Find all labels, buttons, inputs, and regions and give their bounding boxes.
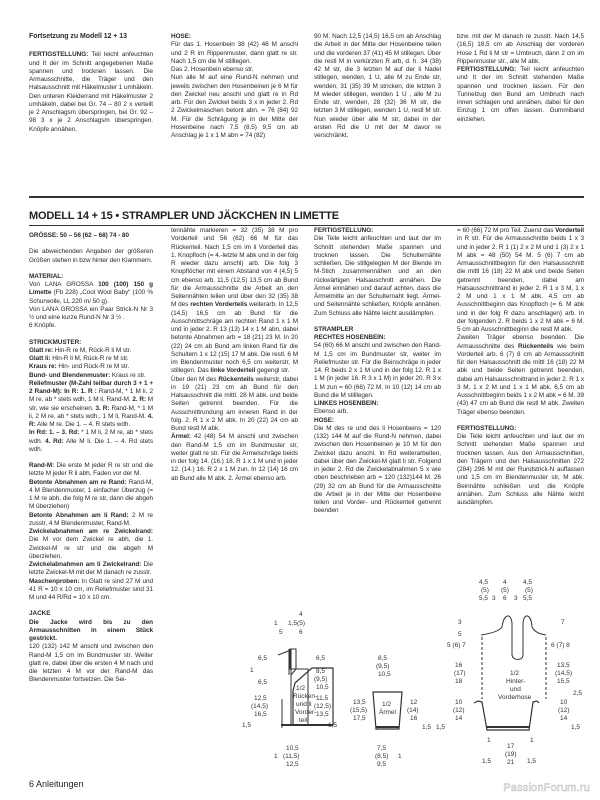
romper-label: und bbox=[510, 686, 521, 694]
jacket-dim-left: 1 bbox=[250, 667, 254, 675]
stitch-glatt-re: Glatt re: Hin-R re M, Rück-R li M str. bbox=[29, 347, 153, 355]
romper-dim-top: 6 bbox=[503, 595, 507, 603]
jacket-dim-left: 6,5 bbox=[258, 655, 267, 663]
continuation-column-1: Fortsetzung zu Modell 12 + 13 FERTIGSTEL… bbox=[29, 33, 153, 134]
romper-label: 1/2 bbox=[510, 670, 519, 678]
sleeve-dim-bottom: 7,5 bbox=[377, 745, 386, 753]
romper-dim-left: 5 bbox=[458, 631, 462, 639]
romper-dim-left: 3 bbox=[458, 619, 462, 627]
sleeve-dim-left: 13,5 bbox=[353, 699, 366, 707]
pants-text: Die M des re und des li Hosenbeins = 120… bbox=[314, 425, 441, 516]
pattern-column-4: = 60 (66) 72 M pro Teil. Zuerst das Vord… bbox=[457, 227, 584, 507]
hose-text-2: Das 2. Hosenbein ebenso str. bbox=[171, 66, 298, 74]
stitch-patterns-heading: STRICKMUSTER: bbox=[29, 339, 153, 347]
jacket-dim-top: 6 bbox=[299, 629, 303, 637]
sleeve-dim-bottom: 9,5 bbox=[377, 761, 386, 769]
size-heading: GRÖSSE: 50 – 56 (62 – 68) 74 - 80 bbox=[29, 232, 153, 240]
sleeve-dim-bottom: (8,5) bbox=[375, 753, 388, 761]
jacket-dim-right: 13,5 bbox=[316, 711, 329, 719]
sleeve-dim-right: 16 bbox=[410, 715, 417, 723]
text: wie beim Vorderteil arb. 6 (7) 8 cm ab A… bbox=[457, 343, 584, 416]
emphasis: rechten Vorderteils bbox=[190, 301, 247, 308]
label: Zwickelabnahmen am li Zwickelrand: bbox=[29, 561, 141, 568]
gusset-decrease-left: Zwickelabnahmen am li Zwickelrand: Die l… bbox=[29, 561, 153, 578]
gauge: Maschenproben: In Glatt re sind 27 M und… bbox=[29, 578, 153, 603]
romper-label: Vorderhose bbox=[498, 694, 531, 702]
romper-dim-top: (5) bbox=[501, 587, 509, 595]
romper-dim-right: 13,5 bbox=[557, 662, 570, 670]
sleeve-dim-left: 17,5 bbox=[353, 715, 366, 723]
sleeve-label: 1/2 bbox=[382, 701, 391, 709]
text: Hin- und Rück-R re M str. bbox=[57, 363, 130, 370]
pattern-column-3: FERTIGSTELLUNG: Die Teile leicht anfeuch… bbox=[314, 227, 441, 516]
jacket-dim-right: 11,5 bbox=[316, 695, 328, 703]
jacket-dim-bottom: 1 bbox=[274, 753, 278, 761]
romper-dim-bottom: 1 bbox=[530, 737, 534, 745]
label: 2. R: bbox=[132, 396, 146, 403]
continuation-column-3: 90 M. Nach 12,5 (14,5) 16,5 cm ab Anschl… bbox=[314, 33, 441, 140]
jacket-dim-left: 1,5 bbox=[242, 722, 251, 730]
jacket-intro: Die Jacke wird bis zu den Armausschnitte… bbox=[29, 619, 153, 644]
label: Zwickelabnahmen am re Zwickelrand: bbox=[29, 528, 153, 535]
romper-dim-top: 4,5 bbox=[523, 579, 532, 587]
romper-dim-left: 16 bbox=[455, 662, 462, 670]
romper-dim-right: (14,5) bbox=[555, 670, 572, 678]
label: 4. Rd: bbox=[45, 438, 64, 445]
sleeve-dim-right: 1,5 bbox=[422, 724, 431, 732]
romper-dim-top: 4 bbox=[503, 579, 507, 587]
jacket-dim-top: 1 bbox=[274, 620, 278, 628]
romper-dim-left: 10 bbox=[455, 699, 462, 707]
sleeve-label: Ärmel bbox=[379, 709, 396, 717]
hose-heading: HOSE: bbox=[171, 33, 298, 41]
back-romper-text: Zweiten Träger ebenso beenden. Die Armau… bbox=[457, 334, 584, 417]
hose-continued-text: 90 M. Nach 12,5 (14,5) 16,5 cm ab Anschl… bbox=[314, 33, 441, 140]
decrease-left: Betonte Abnahmen am li Rand: 2 M re zuss… bbox=[29, 512, 153, 529]
footer-section: Anleitungen bbox=[36, 779, 84, 789]
text: 42 (48) 54 M anschl und zwischen den Ran… bbox=[171, 433, 298, 481]
romper-dim-left: 18 bbox=[455, 678, 462, 686]
continuation-column-4: bzw. mit der M danach re zusstr. Nach 14… bbox=[457, 33, 584, 124]
emphasis: Vorderteil bbox=[555, 227, 584, 234]
left-leg-text: Ebenso arb. bbox=[314, 408, 441, 416]
label: 3. R: bbox=[95, 405, 109, 412]
jacket-dim-right: 1,5 bbox=[328, 722, 337, 730]
jacket-finishing-text: Die Teile leicht anfeuchten und laut der… bbox=[314, 235, 441, 318]
romper-finishing-heading: FERTIGSTELLUNG: bbox=[457, 425, 584, 433]
jacket-dim-bottom: 10,5 bbox=[286, 745, 299, 753]
decrease-right: Betonte Abnahmen am re Rand: Rand-M, 4 M… bbox=[29, 479, 153, 512]
sleeve-dim-left: (15,5) bbox=[350, 707, 367, 715]
romper-dim-right: 1,5 bbox=[571, 724, 580, 732]
jacket-text: 120 (132) 142 M anschl und zwischen den … bbox=[29, 643, 153, 684]
label: Maschenproben: bbox=[29, 578, 79, 585]
text: = 60 (66) 72 M pro Teil. Zuerst das bbox=[457, 227, 555, 234]
sleeve-dim-top: 10,5 bbox=[378, 671, 391, 679]
romper-dim-bottom: (19) bbox=[505, 751, 517, 759]
jacket-dim-right: (9,5) bbox=[314, 676, 327, 684]
back-text: Über den M des Rückenteils weiterstr, da… bbox=[171, 376, 298, 434]
text: tennähte markieren = 32 (35) 38 M pro Vo… bbox=[171, 227, 298, 308]
romper-dim-top: 5,5 bbox=[479, 595, 488, 603]
stitch-in-rounds: In Rd: 1. – 3. Rd: * 1 M li, 2 M re, ab … bbox=[29, 429, 153, 454]
schematic-diagrams: 4 1 1,5(5) 5 6 6,5 1 6,5 12,5 (14,5) 16,… bbox=[236, 575, 600, 775]
text: Kraus re str. bbox=[110, 372, 146, 379]
romper-dim-bottom: 21 bbox=[507, 759, 514, 767]
romper-dim-bottom: 1,5 bbox=[482, 758, 491, 766]
jacket-dim-top: 5 bbox=[279, 629, 283, 637]
right-leg-text: 54 (60) 66 M anschl und zwischen den Ran… bbox=[314, 342, 441, 400]
jacket-heading: JACKE bbox=[29, 610, 153, 618]
romper-label: Hinter- bbox=[506, 678, 526, 686]
jacket-dim-top: 1,5(5) bbox=[288, 620, 305, 628]
romper-dim-right: 15,5 bbox=[557, 678, 570, 686]
right-leg-heading: RECHTES HOSENBEIN: bbox=[314, 334, 441, 342]
jacket-finishing-heading: FERTIGSTELLUNG: bbox=[314, 227, 441, 235]
jacket-dim-right: 8,5 bbox=[316, 668, 325, 676]
label: Glatt li: bbox=[29, 355, 51, 362]
romper-dim-bottom: 1 bbox=[487, 737, 491, 745]
label: Rand-M: bbox=[29, 462, 54, 469]
label: Bund- und Blendenmuster: bbox=[29, 372, 110, 379]
romper-dim-right: 6 (7) 8 bbox=[551, 642, 570, 650]
text: Alle M re. Die 1. – 4. R stets wdh. bbox=[36, 421, 130, 428]
label: Glatt re: bbox=[29, 347, 53, 354]
label: Betonte Abnahmen am li Rand: bbox=[29, 512, 129, 519]
sleeve-dim-top: 8,5 bbox=[378, 655, 387, 663]
romper-dim-top: (5) bbox=[525, 587, 533, 595]
romper-dim-top: 3 bbox=[492, 595, 496, 603]
romper-heading: STRAMPLER bbox=[314, 326, 441, 334]
text: Hin-R li M, Rück-R re M str. bbox=[51, 355, 129, 362]
size-intro: Die abweichenden Angaben der größeren Gr… bbox=[29, 248, 153, 265]
finishing-label-2: FERTIGSTELLUNG: bbox=[457, 66, 516, 73]
text: Hin-R re M, Rück-R li M str. bbox=[53, 347, 131, 354]
hose-text-1: Für das 1. Hosenbein 38 (42) 46 M anschl… bbox=[171, 41, 298, 66]
finishing-label: FERTIGSTELLUNG: bbox=[29, 51, 88, 58]
watermark: PassionForum.ru bbox=[503, 782, 590, 794]
jacket-dim-right: (12,5) bbox=[314, 703, 331, 711]
jacket-body-text: tennähte markieren = 32 (35) 38 M pro Vo… bbox=[171, 227, 298, 376]
romper-dim-right: (12) bbox=[558, 707, 570, 715]
edge-stitch: Rand-M: Die erste M jeder R re str und d… bbox=[29, 462, 153, 479]
stitch-relief: Reliefmuster (M-Zahl teilbar durch 3 + 1… bbox=[29, 380, 153, 430]
romper-dim-right: 10 bbox=[560, 699, 567, 707]
jacket-dim-right: 6,5 bbox=[316, 655, 325, 663]
jacket-label: Vorder- bbox=[295, 709, 316, 717]
material-heading: MATERIAL: bbox=[29, 273, 153, 281]
jacket-label: teil bbox=[299, 717, 307, 725]
romper-dim-bottom: 17 bbox=[507, 743, 514, 751]
hose-text-3: Nun alle M auf eine Rund-N nehmen und je… bbox=[171, 74, 298, 140]
text: Die M vor dem Zwickel re abh, die 1. Zwi… bbox=[29, 536, 153, 560]
romper-dim-top: (5) bbox=[481, 587, 489, 595]
text: in R str. Für die Armausschnitte beids 1… bbox=[457, 235, 584, 333]
romper-dim-top: 4,5 bbox=[479, 579, 488, 587]
sleeve-dim-bottom: 1 bbox=[398, 753, 402, 761]
pattern-column-1: GRÖSSE: 50 – 56 (62 – 68) 74 - 80 Die ab… bbox=[29, 232, 153, 685]
continuation-column-2: HOSE: Für das 1. Hosenbein 38 (42) 46 M … bbox=[171, 33, 298, 140]
buttons-text: 6 Knöpfe. bbox=[29, 322, 153, 330]
page-footer: 6 Anleitungen bbox=[29, 779, 84, 789]
pattern-column-2: tennähte markieren = 32 (35) 38 M pro Vo… bbox=[171, 227, 298, 483]
stitch-bund: Bund- und Blendenmuster: Kraus re str. bbox=[29, 372, 153, 380]
finishing-text-2: Teil leicht anfeuchten und lt der im Sch… bbox=[457, 66, 584, 123]
text: Über den M des bbox=[171, 376, 218, 383]
emphasis: Rückenteils bbox=[218, 376, 253, 383]
text: weiterstr, dabei in 19 (21) 23 cm ab Bun… bbox=[171, 376, 298, 433]
jacket-dim-bottom: 12,5 bbox=[286, 761, 299, 769]
stitch-glatt-li: Glatt li: Hin-R li M, Rück-R re M str. bbox=[29, 355, 153, 363]
label: Kraus re: bbox=[29, 363, 57, 370]
front-text: = 60 (66) 72 M pro Teil. Zuerst das Vord… bbox=[457, 227, 584, 334]
left-leg-heading: LINKES HOSENBEIN: bbox=[314, 400, 441, 408]
jacket-dim-left: 6,5 bbox=[258, 679, 267, 687]
romper-dim-left: 5 (6) 7 bbox=[447, 642, 466, 650]
romper-dim-left: 14 bbox=[455, 715, 462, 723]
stitch-kraus-re: Kraus re: Hin- und Rück-R re M str. bbox=[29, 363, 153, 371]
needles-text: Von LANA GROSSA ein Paar Strick-N Nr 3 ½… bbox=[29, 306, 153, 323]
jacket-label: und li bbox=[296, 701, 312, 709]
romper-finishing-text: Die Teile leicht anfeuchten und laut der… bbox=[457, 433, 584, 507]
jacket-dim-right: 10,5 bbox=[316, 684, 329, 692]
label: In Rd: 1. – 3. Rd: bbox=[29, 429, 79, 436]
romper-dim-left: 1,5 bbox=[436, 724, 445, 732]
romper-dim-right: 2,5 bbox=[573, 690, 582, 698]
jacket-dim-left: 12,5 bbox=[254, 695, 267, 703]
text: gegengl str. bbox=[255, 367, 289, 374]
jacket-dim-bottom: (11,5) bbox=[283, 753, 300, 761]
romper-dim-bottom: 1,5 bbox=[527, 758, 536, 766]
romper-dim-left: (12) bbox=[453, 707, 465, 715]
jacket-label: 1/2 bbox=[296, 685, 305, 693]
romper-dim-top: 3 bbox=[514, 595, 518, 603]
section-title: MODELL 14 + 15 • STRAMPLER UND JÄCKCHEN … bbox=[29, 210, 584, 226]
pants-heading: HOSE: bbox=[314, 417, 441, 425]
sleeve-dim-right: (14) bbox=[407, 707, 419, 715]
finishing-paragraph: FERTIGSTELLUNG: Teil leicht anfeuchten u… bbox=[29, 51, 153, 134]
romper-dim-right: 7 bbox=[561, 619, 565, 627]
jacket-label: Rücken- bbox=[293, 693, 317, 701]
continuation-title: Fortsetzung zu Modell 12 + 13 bbox=[29, 33, 153, 41]
label: Ärmel: bbox=[171, 433, 191, 440]
material-brand: Von LANA GROSSA bbox=[29, 281, 98, 288]
gusset-decrease-right: Zwickelabnahmen am re Zwickelrand: Die M… bbox=[29, 528, 153, 561]
romper-dim-right: 14 bbox=[560, 715, 567, 723]
section-divider bbox=[29, 196, 584, 198]
jacket-dim-left: 16,5 bbox=[254, 711, 267, 719]
romper-dim-left: (17) bbox=[454, 670, 466, 678]
page-number: 6 bbox=[29, 779, 34, 789]
emphasis: linke Vorderteil bbox=[210, 367, 255, 374]
sleeve-dim-top: (9,5) bbox=[376, 663, 389, 671]
hose-end-text: bzw. mit der M danach re zusstr. Nach 14… bbox=[457, 33, 584, 66]
finishing-paragraph-2: FERTIGSTELLUNG: Teil leicht anfeuchten u… bbox=[457, 66, 584, 124]
sleeve-text: Ärmel: 42 (48) 54 M anschl und zwischen … bbox=[171, 433, 298, 483]
romper-dim-top: 5,5 bbox=[523, 595, 532, 603]
emphasis: Rückenteils bbox=[518, 343, 553, 350]
material-text: Von LANA GROSSA 100 (100) 150 g Limette … bbox=[29, 281, 153, 306]
finishing-text: Teil leicht anfeuchten und lt der im Sch… bbox=[29, 51, 153, 132]
sleeve-dim-right: 12 bbox=[410, 699, 417, 707]
jacket-dim-left: (14,5) bbox=[251, 703, 268, 711]
jacket-dim-top: 4 bbox=[299, 611, 303, 619]
text: weiterarb. In 12,5 (14,5) 16,5 cm ab Bun… bbox=[171, 301, 298, 374]
label: Betonte Abnahmen am re Rand: bbox=[29, 479, 127, 486]
